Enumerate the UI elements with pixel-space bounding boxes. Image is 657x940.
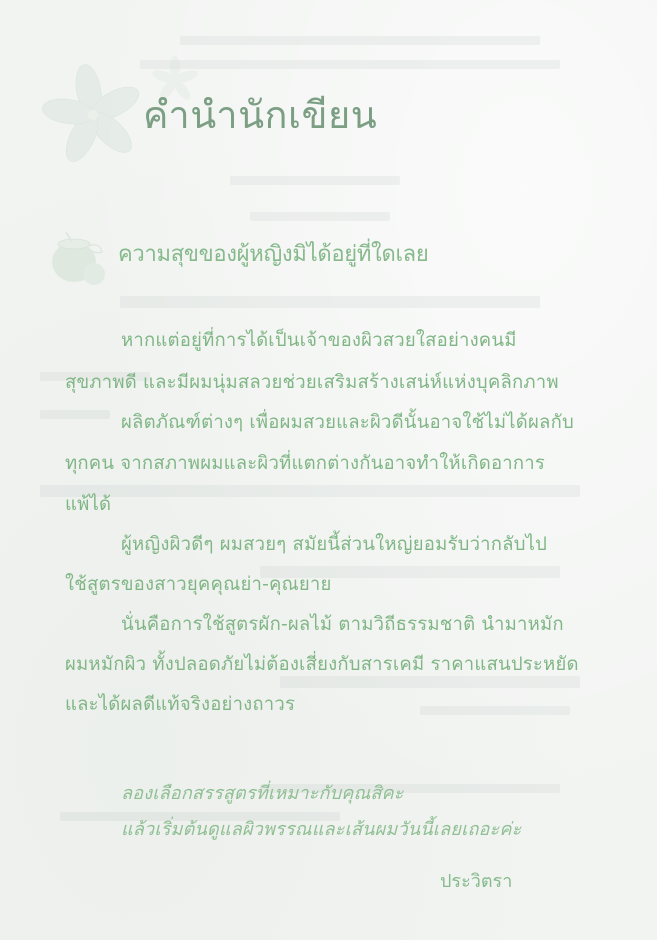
paragraph-line: แพ้ได้ <box>65 496 111 515</box>
section-heading: ความสุขของผู้หญิงมิได้อยู่ที่ใดเลย <box>118 244 428 266</box>
show-through-line <box>420 706 570 715</box>
paragraph-line: และได้ผลดีแท้จริงอย่างถาวร <box>65 696 295 715</box>
show-through-line <box>180 36 540 45</box>
herbal-jar-icon <box>44 228 116 288</box>
paragraph-line: ทุกคน จากสภาพผมและผิวที่แตกต่างกันอาจทำใ… <box>65 455 545 474</box>
closing-line: ลองเลือกสรรสูตรที่เหมาะกับคุณสิคะ <box>121 778 404 807</box>
paragraph-line: หากแต่อยู่ที่การได้เป็นเจ้าของผิวสวยใสอย… <box>121 332 517 351</box>
paragraph-line: ผู้หญิงผิวดีๆ ผมสวยๆ สมัยนี้ส่วนใหญ่ยอมร… <box>121 536 547 555</box>
page-title: คำนำนักเขียน <box>143 96 377 134</box>
paragraph-line: ผลิตภัณฑ์ต่างๆ เพื่อผมสวยและผิวดีนั้นอาจ… <box>121 414 574 433</box>
show-through-line <box>230 176 400 185</box>
closing-line: แล้วเริ่มต้นดูแลผิวพรรณและเส้นผมวันนี้เล… <box>121 814 522 843</box>
plumeria-flower-icon <box>38 60 148 170</box>
paragraph-line: นั่นคือการใช้สูตรผัก-ผลไม้ ตามวิถีธรรมชา… <box>121 616 564 635</box>
show-through-line <box>250 212 390 221</box>
paragraph-line: สุขภาพดี และมีผมนุ่มสลวยช่วยเสริมสร้างเส… <box>65 374 559 393</box>
show-through-line <box>280 676 580 688</box>
show-through-line <box>120 296 540 308</box>
show-through-line <box>40 485 580 497</box>
author-signature: ประวิตรา <box>440 866 512 895</box>
paragraph-line: ใช้สูตรของสาวยุคคุณย่า-คุณยาย <box>65 576 332 595</box>
show-through-line <box>140 60 560 69</box>
book-page: คำนำนักเขียน ความสุขของผู้หญิงมิได้อยู่ท… <box>0 0 657 940</box>
show-through-line <box>40 410 110 419</box>
paragraph-line: ผมหมักผิว ทั้งปลอดภัยไม่ต้องเสี่ยงกับสาร… <box>65 656 579 675</box>
